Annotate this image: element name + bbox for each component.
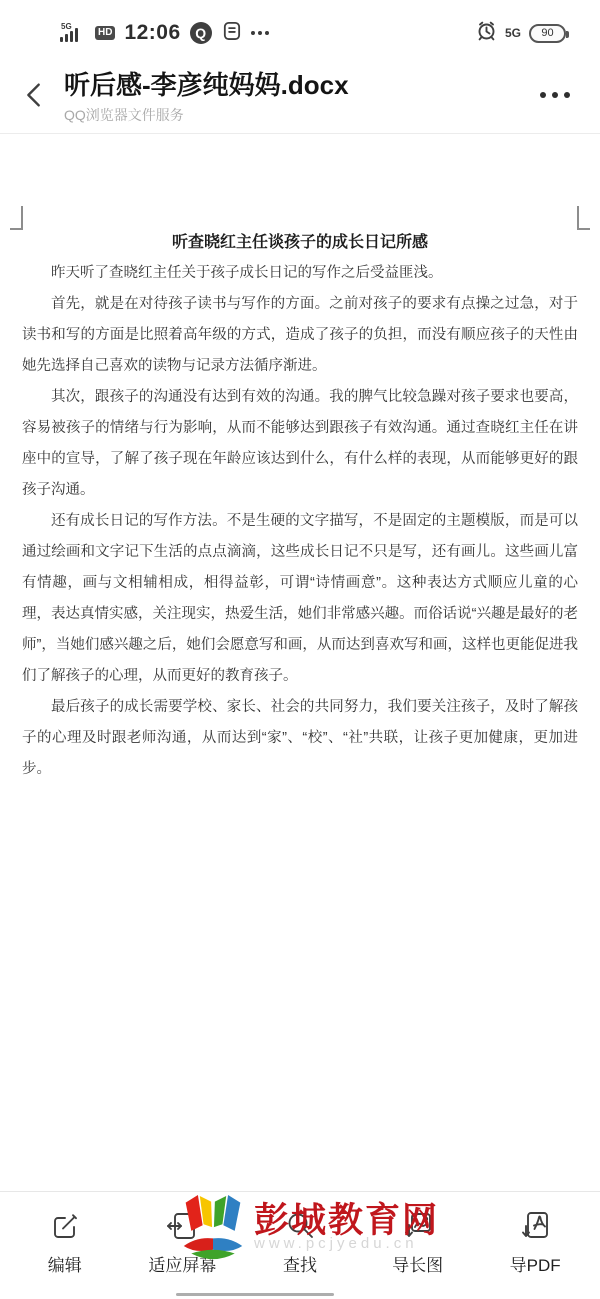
document-viewer: 听查晓红主任谈孩子的成长日记所感 昨天听了查晓红主任关于孩子成长日记的写作之后受…	[0, 135, 600, 1191]
toolbar-label: 编辑	[48, 1251, 82, 1276]
file-header: 听后感-李彦纯妈妈.docx QQ浏览器文件服务	[0, 56, 600, 134]
toolbar-label: 查找	[283, 1251, 317, 1276]
network-5g-label: 5G	[505, 26, 521, 40]
doc-paragraph: 其次，跟孩子的沟通没有达到有效的沟通。我的脾气比较急躁对孩子要求也要高，容易被孩…	[22, 382, 578, 506]
fit-screen-button[interactable]: 适应屏幕	[124, 1210, 242, 1299]
qq-browser-icon: Q	[190, 22, 212, 44]
toolbar-label: 导PDF	[510, 1251, 561, 1276]
export-pdf-icon	[519, 1210, 551, 1242]
toolbar-label: 适应屏幕	[148, 1251, 216, 1276]
clock-time: 12:06	[124, 21, 180, 45]
fit-screen-icon	[166, 1210, 198, 1242]
alarm-icon	[476, 20, 497, 46]
header-more-button[interactable]	[536, 82, 574, 108]
file-source-label: QQ浏览器文件服务	[64, 105, 349, 125]
export-long-image-button[interactable]: 导长图	[359, 1210, 477, 1299]
battery-icon: 90	[529, 24, 566, 43]
more-dots-icon	[251, 31, 269, 35]
document-page: 听查晓红主任谈孩子的成长日记所感 昨天听了查晓红主任关于孩子成长日记的写作之后受…	[0, 135, 600, 785]
doc-paragraph: 还有成长日记的写作方法。不是生硬的文字描写，不是固定的主题模版，而是可以通过绘画…	[22, 506, 578, 692]
gesture-bar[interactable]	[176, 1293, 334, 1296]
edit-icon	[49, 1210, 81, 1242]
signal-icon: 5G	[60, 22, 86, 44]
document-title: 听查晓红主任谈孩子的成长日记所感	[22, 227, 578, 258]
doc-paragraph: 最后孩子的成长需要学校、家长、社会的共同努力，我们要关注孩子，及时了解孩子的心理…	[22, 692, 578, 785]
doc-paragraph: 首先，就是在对待孩子读书与写作的方面。之前对孩子的要求有点操之过急，对于读书和写…	[22, 289, 578, 382]
page-corner-mark-right	[577, 206, 590, 230]
find-button[interactable]: 查找	[241, 1210, 359, 1299]
export-long-image-icon	[402, 1210, 434, 1242]
edit-button[interactable]: 编辑	[6, 1210, 124, 1299]
page-corner-mark-left	[10, 206, 23, 230]
search-icon	[284, 1210, 316, 1242]
status-bar: 5G HD 12:06 Q 5G 90	[0, 0, 600, 56]
export-pdf-button[interactable]: 导PDF	[476, 1210, 594, 1299]
hd-badge-icon: HD	[95, 26, 115, 40]
bottom-toolbar: 编辑 适应屏幕 查找 导长图 导PD	[0, 1191, 600, 1299]
floating-window-icon	[221, 20, 242, 46]
doc-paragraph: 昨天听了查晓红主任关于孩子成长日记的写作之后受益匪浅。	[22, 258, 578, 289]
toolbar-label: 导长图	[392, 1251, 443, 1276]
back-chevron-icon	[22, 80, 46, 110]
file-title: 听后感-李彦纯妈妈.docx	[64, 65, 349, 102]
back-button[interactable]	[22, 78, 52, 112]
